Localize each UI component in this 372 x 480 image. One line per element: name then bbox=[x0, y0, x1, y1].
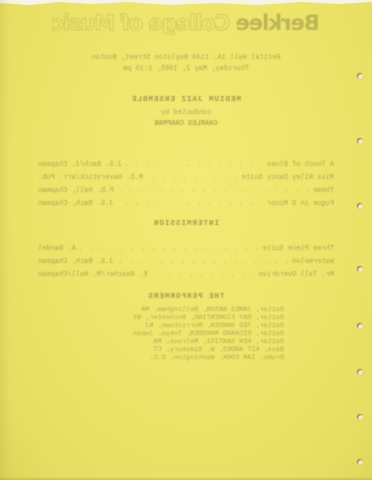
song-title: Watermelon bbox=[292, 258, 334, 267]
composer: J.S. Bach, Chapman bbox=[38, 258, 114, 267]
program-row: Three Piece Suite . . . . . . . . . . . … bbox=[38, 245, 334, 254]
dot-leader: . . . . . . . . . . . . . . . . . . . . … bbox=[117, 258, 289, 267]
program-row: Fugue in G Minor . . . . . . . . . . . .… bbox=[38, 200, 334, 209]
performer-line: Bass, KIT ANDES, W. Simsbury, CT bbox=[88, 346, 284, 354]
performer-line: Guitar, RAY FIORENTINO, Rochester, NY bbox=[88, 314, 284, 322]
logo-bold-text: Berklee bbox=[237, 11, 320, 35]
song-title: A Touch of Blues bbox=[267, 161, 334, 170]
dot-leader: . . . . . . . . . . . . . . . . . . . . … bbox=[79, 245, 260, 254]
program-row: Watermelon . . . . . . . . . . . . . . .… bbox=[38, 258, 334, 267]
song-title: Miss Riley Dancy Suite bbox=[242, 174, 334, 183]
song-title: Three Piece Suite bbox=[263, 245, 334, 254]
performer-line: Drums, IAN COOK, Washington, D.C. bbox=[88, 354, 284, 362]
bleedthrough-layer: Berklee College of Music Recital Hall 1A… bbox=[0, 0, 372, 480]
song-title: Fugue in G Minor bbox=[267, 200, 334, 209]
date-line: Thursday, May 2, 1985, 1:15 pm bbox=[0, 65, 372, 74]
composer: A. Bandel bbox=[38, 245, 76, 254]
program-row: Miss Riley Dancy Suite . . . . . . . . .… bbox=[38, 174, 334, 183]
dot-leader: . . . . . . . . . . . . . . . . . . . . … bbox=[125, 161, 264, 170]
composer: M.D. Haverstick/arr. Pub. bbox=[38, 174, 143, 183]
director-name: CHARLES CHAPMAN bbox=[0, 120, 372, 129]
intermission-heading: INTERMISSION bbox=[0, 220, 372, 229]
dot-leader: . . . . . . . . . . . . . . . . . . . . … bbox=[117, 187, 310, 196]
program-row: Mr. Tall Overdrive . . . . . . . . . . .… bbox=[38, 271, 334, 280]
performers-list: Guitar, JAMES NASON, Bellingham, MA Guit… bbox=[0, 306, 372, 362]
composer: J.S. Bach/J. Chapman bbox=[38, 161, 122, 170]
logo-outline-text: College of Music bbox=[52, 11, 236, 35]
program-row: Theme . . . . . . . . . . . . . . . . . … bbox=[38, 187, 334, 196]
dot-leader: . . . . . . . . . . . . . . . . . . . . … bbox=[146, 174, 239, 183]
ensemble-title: MEDIUM JAZZ ENSEMBLE bbox=[0, 96, 372, 105]
composer: J.S. Bach, Chapman bbox=[38, 200, 114, 209]
song-title: Mr. Tall Overdrive bbox=[258, 271, 334, 280]
venue-line: Recital Hall 1A, 1140 Boylston Street, B… bbox=[0, 54, 372, 63]
scanned-page: Berklee College of Music Recital Hall 1A… bbox=[0, 0, 372, 480]
program-row: A Touch of Blues . . . . . . . . . . . .… bbox=[38, 161, 334, 170]
conducted-by-line: conducted by bbox=[0, 109, 372, 118]
performer-line: Guitar, KEN SANTISI, Melrose, MA bbox=[88, 338, 284, 346]
performers-heading: THE PERFORMERS bbox=[0, 293, 372, 302]
composer: P.D. Hall, Chapman bbox=[38, 187, 114, 196]
dot-leader: . . . . . . . . . . . . . . . . . . . . … bbox=[150, 271, 255, 280]
berklee-logo: Berklee College of Music bbox=[0, 11, 372, 35]
performer-line: Guitar, RICHARD MARSDEN, Tokyo, Japan bbox=[88, 330, 284, 338]
song-title: Theme bbox=[313, 187, 334, 196]
performer-line: Guitar, JAMES NASON, Bellingham, MA bbox=[88, 306, 284, 314]
performer-line: Guitar, TED HANSEN, Morristown, NJ bbox=[88, 322, 284, 330]
composer: E. Rascher/M. Hall/Chapman bbox=[38, 271, 147, 280]
dot-leader: . . . . . . . . . . . . . . . . . . . . … bbox=[117, 200, 264, 209]
